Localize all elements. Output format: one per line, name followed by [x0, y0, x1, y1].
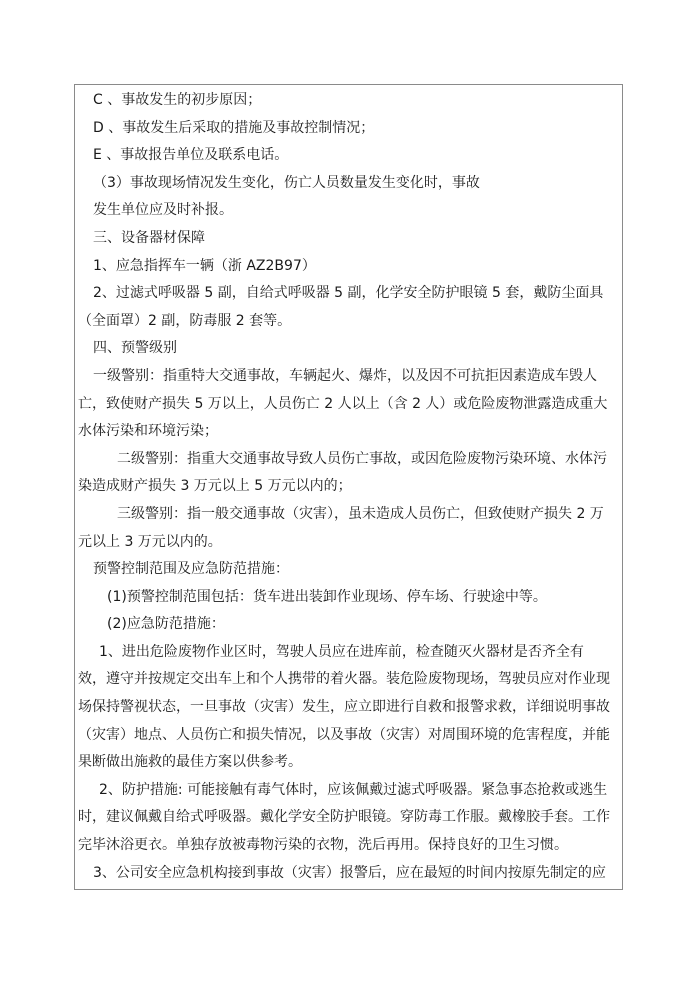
text-line: (2)应急防范措施：	[75, 611, 622, 639]
section-heading: 三、设备器材保障	[75, 225, 622, 253]
text-line: 时，建议佩戴自给式呼吸器。戴化学安全防护眼镜。穿防毒工作服。戴橡胶手套。工作	[75, 804, 622, 832]
text-line: 亡，致使财产损失 5 万以上，人员伤亡 2 人以上（含 2 人）或危险废物泄露造…	[75, 391, 622, 419]
text-line: （3）事故现场情况发生变化，伤亡人员数量发生变化时，事故	[75, 170, 622, 198]
text-line: 果断做出施救的最佳方案以供参考。	[75, 749, 622, 777]
text-line: 完毕沐浴更衣。单独存放被毒物污染的衣物，洗后再用。保持良好的卫生习惯。	[75, 832, 622, 860]
section-heading: 四、预警级别	[75, 335, 622, 363]
text-line: 效，遵守并按规定交出车上和个人携带的着火器。装危险废物现场，驾驶员应对作业现	[75, 666, 622, 694]
text-line: （全面罩）2 副，防毒服 2 套等。	[75, 308, 622, 336]
text-line: 场保持警视状态，一旦事故（灾害）发生，应立即进行自救和报警求救，详细说明事故	[75, 694, 622, 722]
text-line: 1、进出危险废物作业区时，驾驶人员应在进库前，检查随灭火器材是否齐全有	[75, 639, 622, 667]
text-line: 三级警别：指一般交通事故（灾害），虽未造成人员伤亡，但致使财产损失 2 万	[75, 501, 622, 529]
text-line: 预警控制范围及应急防范措施：	[75, 556, 622, 584]
text-line: 染造成财产损失 3 万元以上 5 万元以内的；	[75, 473, 622, 501]
text-line: 2、过滤式呼吸器 5 副，自给式呼吸器 5 副，化学安全防护眼镜 5 套，戴防尘…	[75, 280, 622, 308]
text-line: （灾害）地点、人员伤亡和损失情况，以及事故（灾害）对周围环境的危害程度，并能	[75, 722, 622, 750]
text-line: 2、防护措施: 可能接触有毒气体时，应该佩戴过滤式呼吸器。紧急事态抢救或逃生	[75, 777, 622, 805]
text-line: 发生单位应及时补报。	[75, 197, 622, 225]
text-line: C 、事故发生的初步原因；	[75, 87, 622, 115]
text-line: 一级警别：指重特大交通事故，车辆起火、爆炸，以及因不可抗拒因素造成车毁人	[75, 363, 622, 391]
text-line: D 、事故发生后采取的措施及事故控制情况；	[75, 115, 622, 143]
text-line: 二级警别：指重大交通事故导致人员伤亡事故，或因危险废物污染环境、水体污	[75, 446, 622, 474]
text-line: 水体污染和环境污染；	[75, 418, 622, 446]
text-line: 元以上 3 万元以内的。	[75, 529, 622, 557]
text-line: 3、公司安全应急机构接到事故（灾害）报警后，应在最短的时间内按原先制定的应	[75, 860, 622, 888]
document-frame: C 、事故发生的初步原因； D 、事故发生后采取的措施及事故控制情况； E 、事…	[74, 84, 623, 890]
text-line: E 、事故报告单位及联系电话。	[75, 142, 622, 170]
document-body: C 、事故发生的初步原因； D 、事故发生后采取的措施及事故控制情况； E 、事…	[75, 85, 622, 887]
text-line: (1)预警控制范围包括：货车进出装卸作业现场、停车场、行驶途中等。	[75, 584, 622, 612]
text-line: 1、应急指挥车一辆（浙 AZ2B97）	[75, 253, 622, 281]
